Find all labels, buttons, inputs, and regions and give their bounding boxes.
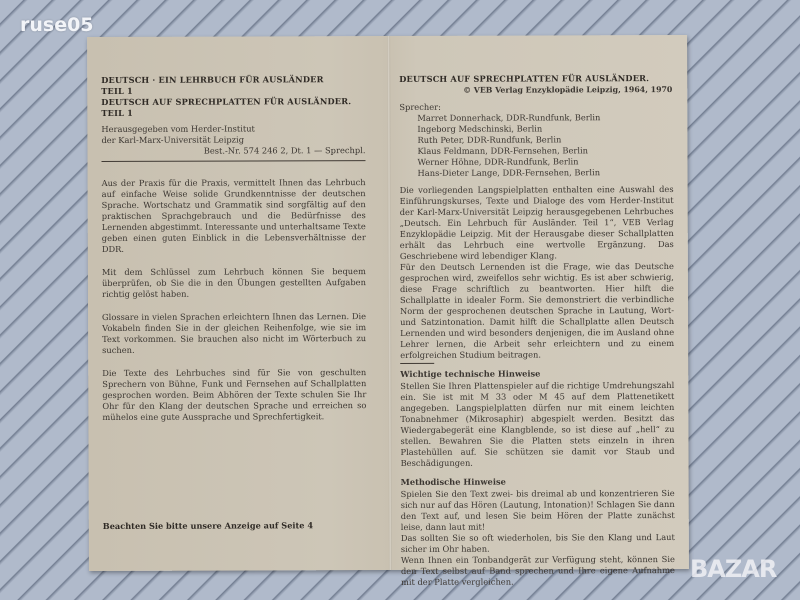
intro-paragraph-2: Für den Deutsch Lernenden ist die Frage,…: [400, 261, 674, 361]
method-paragraph-1: Spielen Sie den Text zwei- bis dreimal a…: [401, 488, 675, 533]
paragraph-glossare: Glossare in vielen Sprachen erleichtern …: [102, 311, 366, 356]
left-header-line-2: TEIL 1: [101, 85, 365, 97]
speaker-item: Klaus Feldmann, DDR-Fernsehen, Berlin: [417, 145, 673, 157]
section-divider: [400, 363, 434, 364]
paragraph-schluessel: Mit dem Schlüssel zum Lehrbuch können Si…: [102, 266, 366, 300]
intro-paragraph-1: Die vorliegenden Langspielplatten enthal…: [400, 184, 674, 262]
watermark-ruse05: ruse05: [20, 14, 94, 36]
center-fold: [387, 36, 392, 570]
watermark-bazar: BAZAR: [690, 555, 776, 583]
left-header-line-3: DEUTSCH AUF SPRECHPLATTEN FÜR AUSLÄNDER.: [101, 96, 365, 108]
left-page: DEUTSCH · EIN LEHRBUCH FÜR AUSLÄNDER TEI…: [101, 74, 366, 423]
advert-note: Beachten Sie bitte unsere Anzeige auf Se…: [103, 520, 313, 531]
speaker-item: Hans-Dieter Lange, DDR-Fernsehen, Berlin: [418, 167, 674, 179]
technical-heading: Wichtige technische Hinweise: [400, 368, 674, 380]
speaker-item: Marret Donnerhack, DDR-Rundfunk, Berlin: [417, 112, 673, 124]
paragraph-praxis: Aus der Praxis für die Praxis, vermittel…: [102, 177, 366, 255]
paragraph-texte: Die Texte des Lehrbuches sind für Sie vo…: [102, 367, 366, 423]
method-paragraph-3: Wenn Ihnen ein Tonbandgerät zur Verfügun…: [401, 554, 675, 588]
copyright-line: © VEB Verlag Enzyklopädie Leipzig, 1964,…: [399, 84, 673, 96]
speaker-item: Werner Höhne, DDR-Rundfunk, Berlin: [417, 156, 673, 168]
speaker-item: Ruth Peter, DDR-Rundfunk, Berlin: [417, 134, 673, 146]
publisher-line-1: Herausgegeben vom Herder-Institut: [101, 123, 365, 135]
right-page: DEUTSCH AUF SPRECHPLATTEN FÜR AUSLÄNDER.…: [399, 73, 675, 588]
method-heading: Methodische Hinweise: [401, 476, 675, 488]
publisher-line-2: der Karl-Marx-Universität Leipzig: [101, 134, 365, 146]
method-paragraph-2: Das sollten Sie so oft wiederholen, bis …: [401, 532, 675, 555]
booklet-spread: DEUTSCH · EIN LEHRBUCH FÜR AUSLÄNDER TEI…: [87, 35, 689, 571]
technical-text: Stellen Sie Ihren Plattenspieler auf die…: [400, 380, 674, 469]
order-number: Best.-Nr. 574 246 2, Dt. 1 — Sprechpl.: [101, 145, 365, 157]
speakers-list: Marret Donnerhack, DDR-Rundfunk, Berlin …: [399, 112, 673, 179]
left-header-line-1: DEUTSCH · EIN LEHRBUCH FÜR AUSLÄNDER: [101, 74, 365, 86]
speaker-item: Ingeborg Medschinski, Berlin: [417, 123, 673, 135]
left-header-line-4: TEIL 1: [101, 107, 365, 119]
